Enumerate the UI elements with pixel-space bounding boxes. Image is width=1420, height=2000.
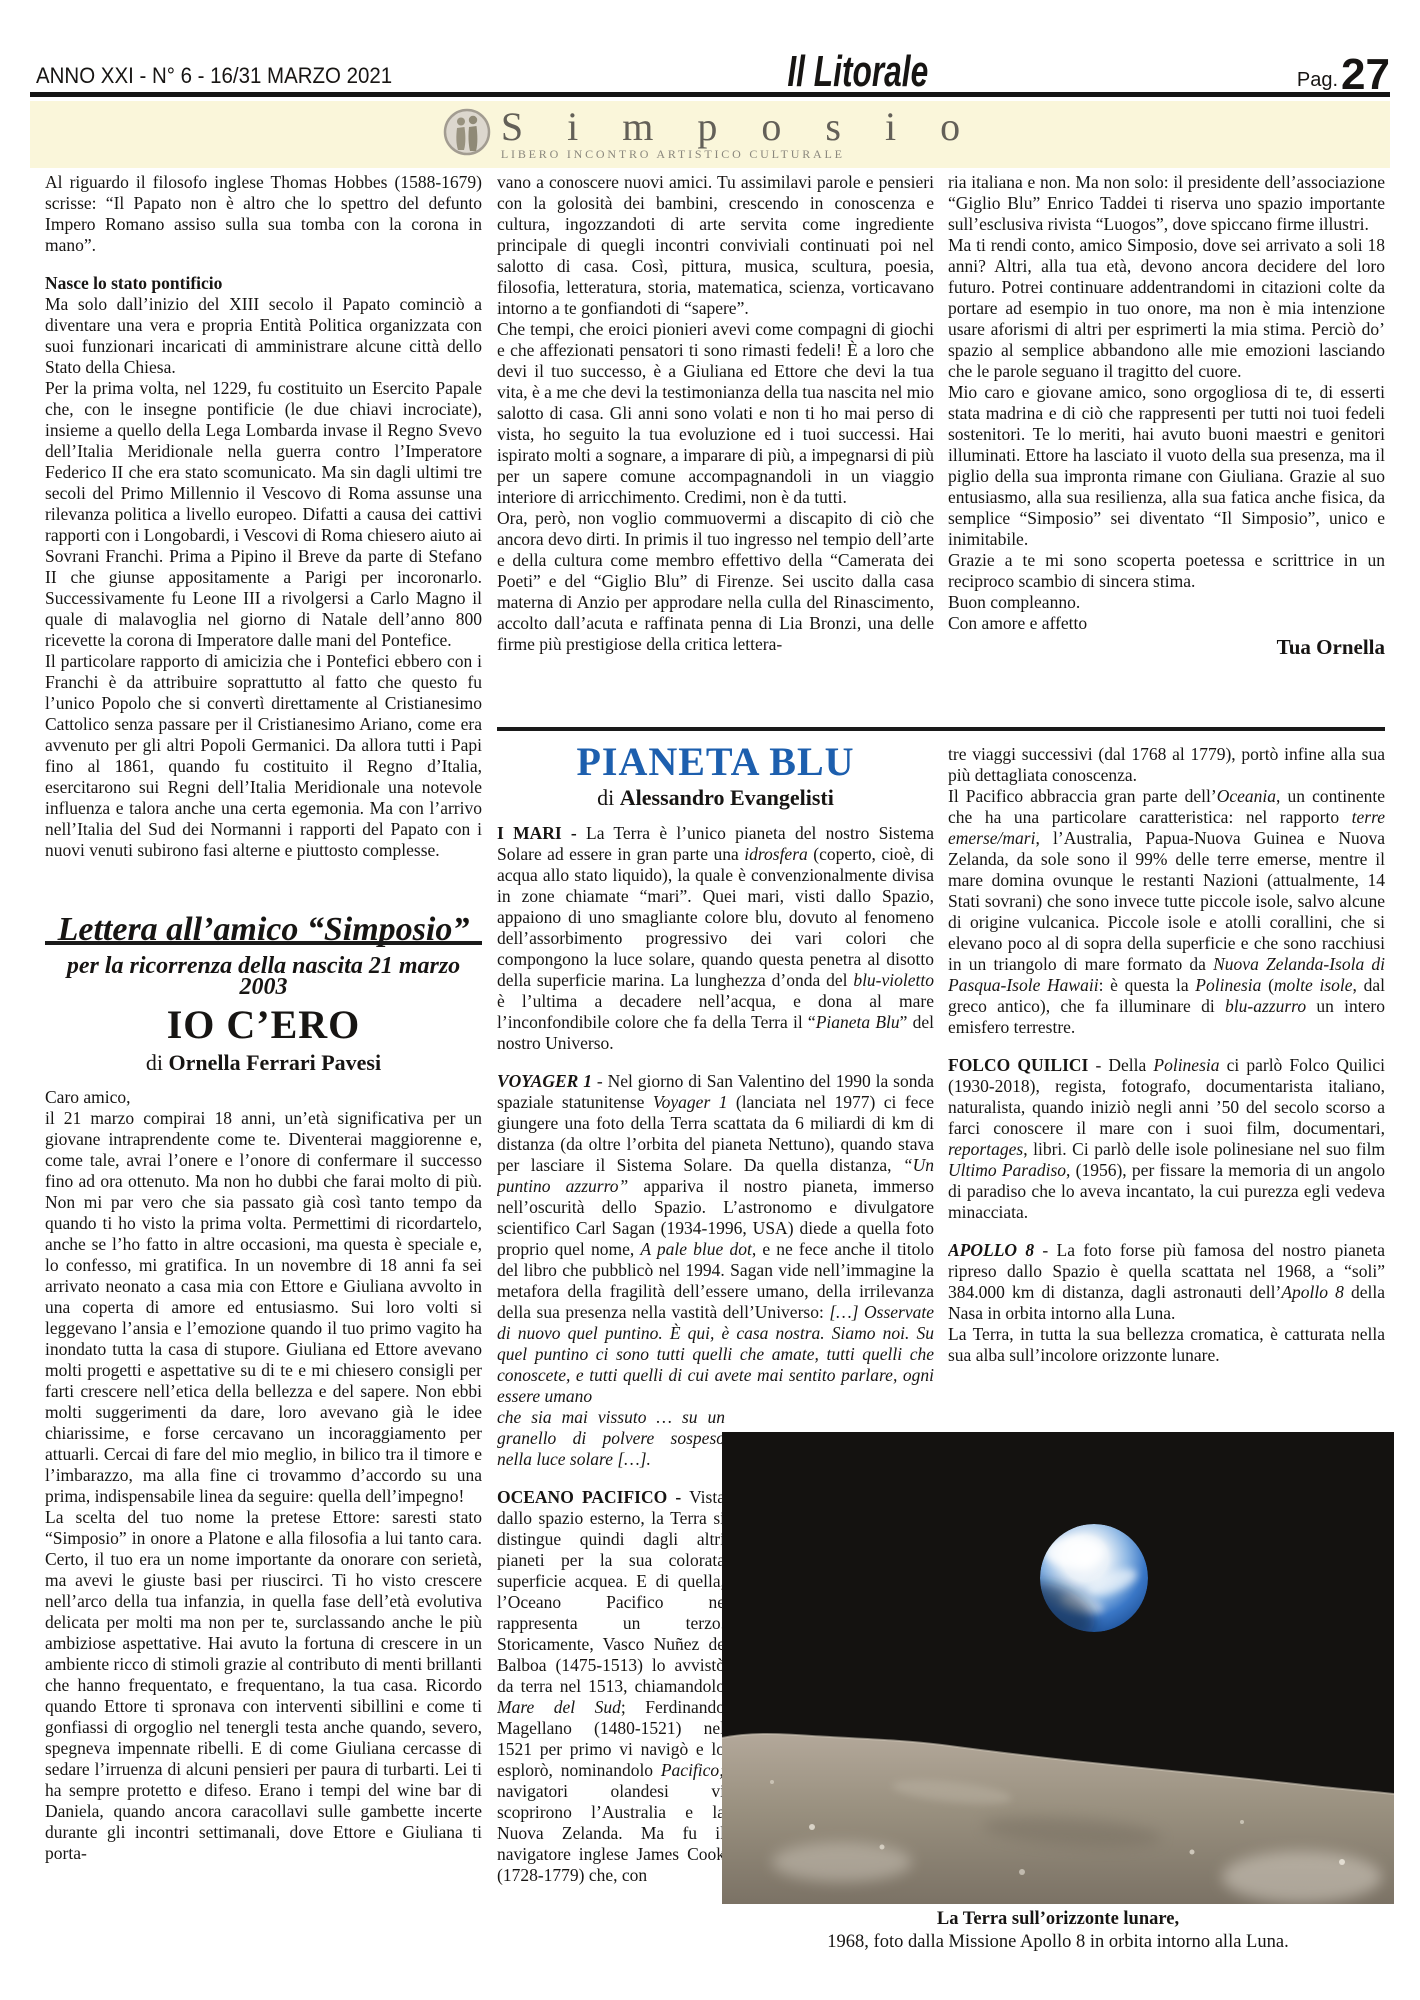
- header-rule: [30, 92, 1390, 97]
- body-paragraph: Che tempi, che eroici pionieri avevi com…: [497, 319, 934, 508]
- column-3-lower: tre viaggi successivi (dal 1768 al 1779)…: [948, 744, 1385, 1436]
- body-paragraph: APOLLO 8 - La foto forse più famosa del …: [948, 1240, 1385, 1324]
- body-paragraph: ria italiana e non. Ma non solo: il pres…: [948, 172, 1385, 235]
- page-number-label: Pag.: [1297, 69, 1338, 92]
- photo-caption-subtitle: 1968, foto dalla Missione Apollo 8 in or…: [712, 1931, 1404, 1954]
- pianeta-blu-byline: di Alessandro Evangelisti: [497, 787, 934, 808]
- body-paragraph: Il Pacifico abbraccia gran parte dell’Oc…: [948, 786, 1385, 1038]
- column-3-upper: ria italiana e non. Ma non solo: il pres…: [948, 172, 1385, 723]
- letter-subtitle: per la ricorrenza della nascita 21 marzo…: [45, 956, 482, 998]
- body-paragraph: Con amore e affetto: [948, 613, 1385, 634]
- section-subhead: Nasce lo stato pontificio: [45, 273, 482, 294]
- banner-title: S i m p o s i o: [501, 108, 977, 146]
- letter-heading: IO C’ERO: [45, 1004, 482, 1046]
- letter-signature: Tua Ornella: [948, 637, 1385, 658]
- body-paragraph: Il particolare rapporto di amicizia che …: [45, 651, 482, 861]
- article-divider: [497, 727, 1385, 731]
- newspaper-page: ANNO XXI - N° 6 - 16/31 MARZO 2021 Il Li…: [0, 0, 1420, 2000]
- body-paragraph: il 21 marzo compirai 18 anni, un’età sig…: [45, 1108, 482, 1507]
- body-paragraph: Mio caro e giovane amico, sono orgoglios…: [948, 382, 1385, 550]
- body-paragraph: La Terra, in tutta la sua bellezza croma…: [948, 1324, 1385, 1366]
- body-paragraph: I MARI - La Terra è l’unico pianeta del …: [497, 823, 934, 1054]
- body-paragraph: Buon compleanno.: [948, 592, 1385, 613]
- article-divider: [45, 941, 482, 945]
- body-paragraph: Ma solo dall’inizio del XIII secolo il P…: [45, 294, 482, 378]
- body-paragraph: La scelta del tuo nome la pretese Ettore…: [45, 1507, 482, 1864]
- banner-text: S i m p o s i o LIBERO INCONTRO ARTISTIC…: [501, 108, 977, 162]
- column-2-upper: vano a conoscere nuovi amici. Tu assimil…: [497, 172, 934, 715]
- body-paragraph: Ora, però, non voglio commuovermi a disc…: [497, 508, 934, 655]
- body-paragraph: tre viaggi successivi (dal 1768 al 1779)…: [948, 744, 1385, 786]
- body-paragraph: Ma ti rendi conto, amico Simposio, dove …: [948, 235, 1385, 382]
- simposio-logo-icon: [443, 108, 491, 161]
- body-paragraph: che sia mai vissuto … su un granello di …: [497, 1407, 725, 1470]
- body-paragraph: vano a conoscere nuovi amici. Tu assimil…: [497, 172, 934, 319]
- issue-date: ANNO XXI - N° 6 - 16/31 MARZO 2021: [36, 63, 392, 92]
- body-paragraph: OCEANO PACIFICO - Vista dallo spazio est…: [497, 1487, 725, 1886]
- earthrise-photo: [722, 1432, 1394, 1904]
- photo-caption-title: La Terra sull’orizzonte lunare,: [712, 1908, 1404, 1931]
- body-paragraph: VOYAGER 1 - Nel giorno di San Valentino …: [497, 1071, 934, 1407]
- pianeta-blu-title: PIANETA BLU: [497, 742, 934, 782]
- body-paragraph: FOLCO QUILICI - Della Polinesia ci parlò…: [948, 1055, 1385, 1223]
- body-paragraph: Grazie a te mi sono scoperta poetessa e …: [948, 550, 1385, 592]
- photo-caption: La Terra sull’orizzonte lunare, 1968, fo…: [712, 1908, 1404, 1954]
- page-number-value: 27: [1341, 57, 1390, 92]
- body-paragraph: Al riguardo il filosofo inglese Thomas H…: [45, 172, 482, 256]
- page-header: ANNO XXI - N° 6 - 16/31 MARZO 2021 Il Li…: [36, 36, 1390, 92]
- letter-salutation: Caro amico,: [45, 1087, 482, 1108]
- banner-subtitle: LIBERO INCONTRO ARTISTICO CULTURALE: [501, 147, 845, 162]
- page-number: Pag.27: [1297, 57, 1390, 92]
- simposio-banner: S i m p o s i o LIBERO INCONTRO ARTISTIC…: [30, 101, 1390, 168]
- body-paragraph: Per la prima volta, nel 1229, fu costitu…: [45, 378, 482, 651]
- narrow-text-block: che sia mai vissuto … su un granello di …: [497, 1407, 725, 1886]
- letter-byline: di Ornella Ferrari Pavesi: [45, 1052, 482, 1073]
- column-1: Al riguardo il filosofo inglese Thomas H…: [45, 172, 482, 1936]
- masthead-title: Il Litorale: [787, 52, 928, 92]
